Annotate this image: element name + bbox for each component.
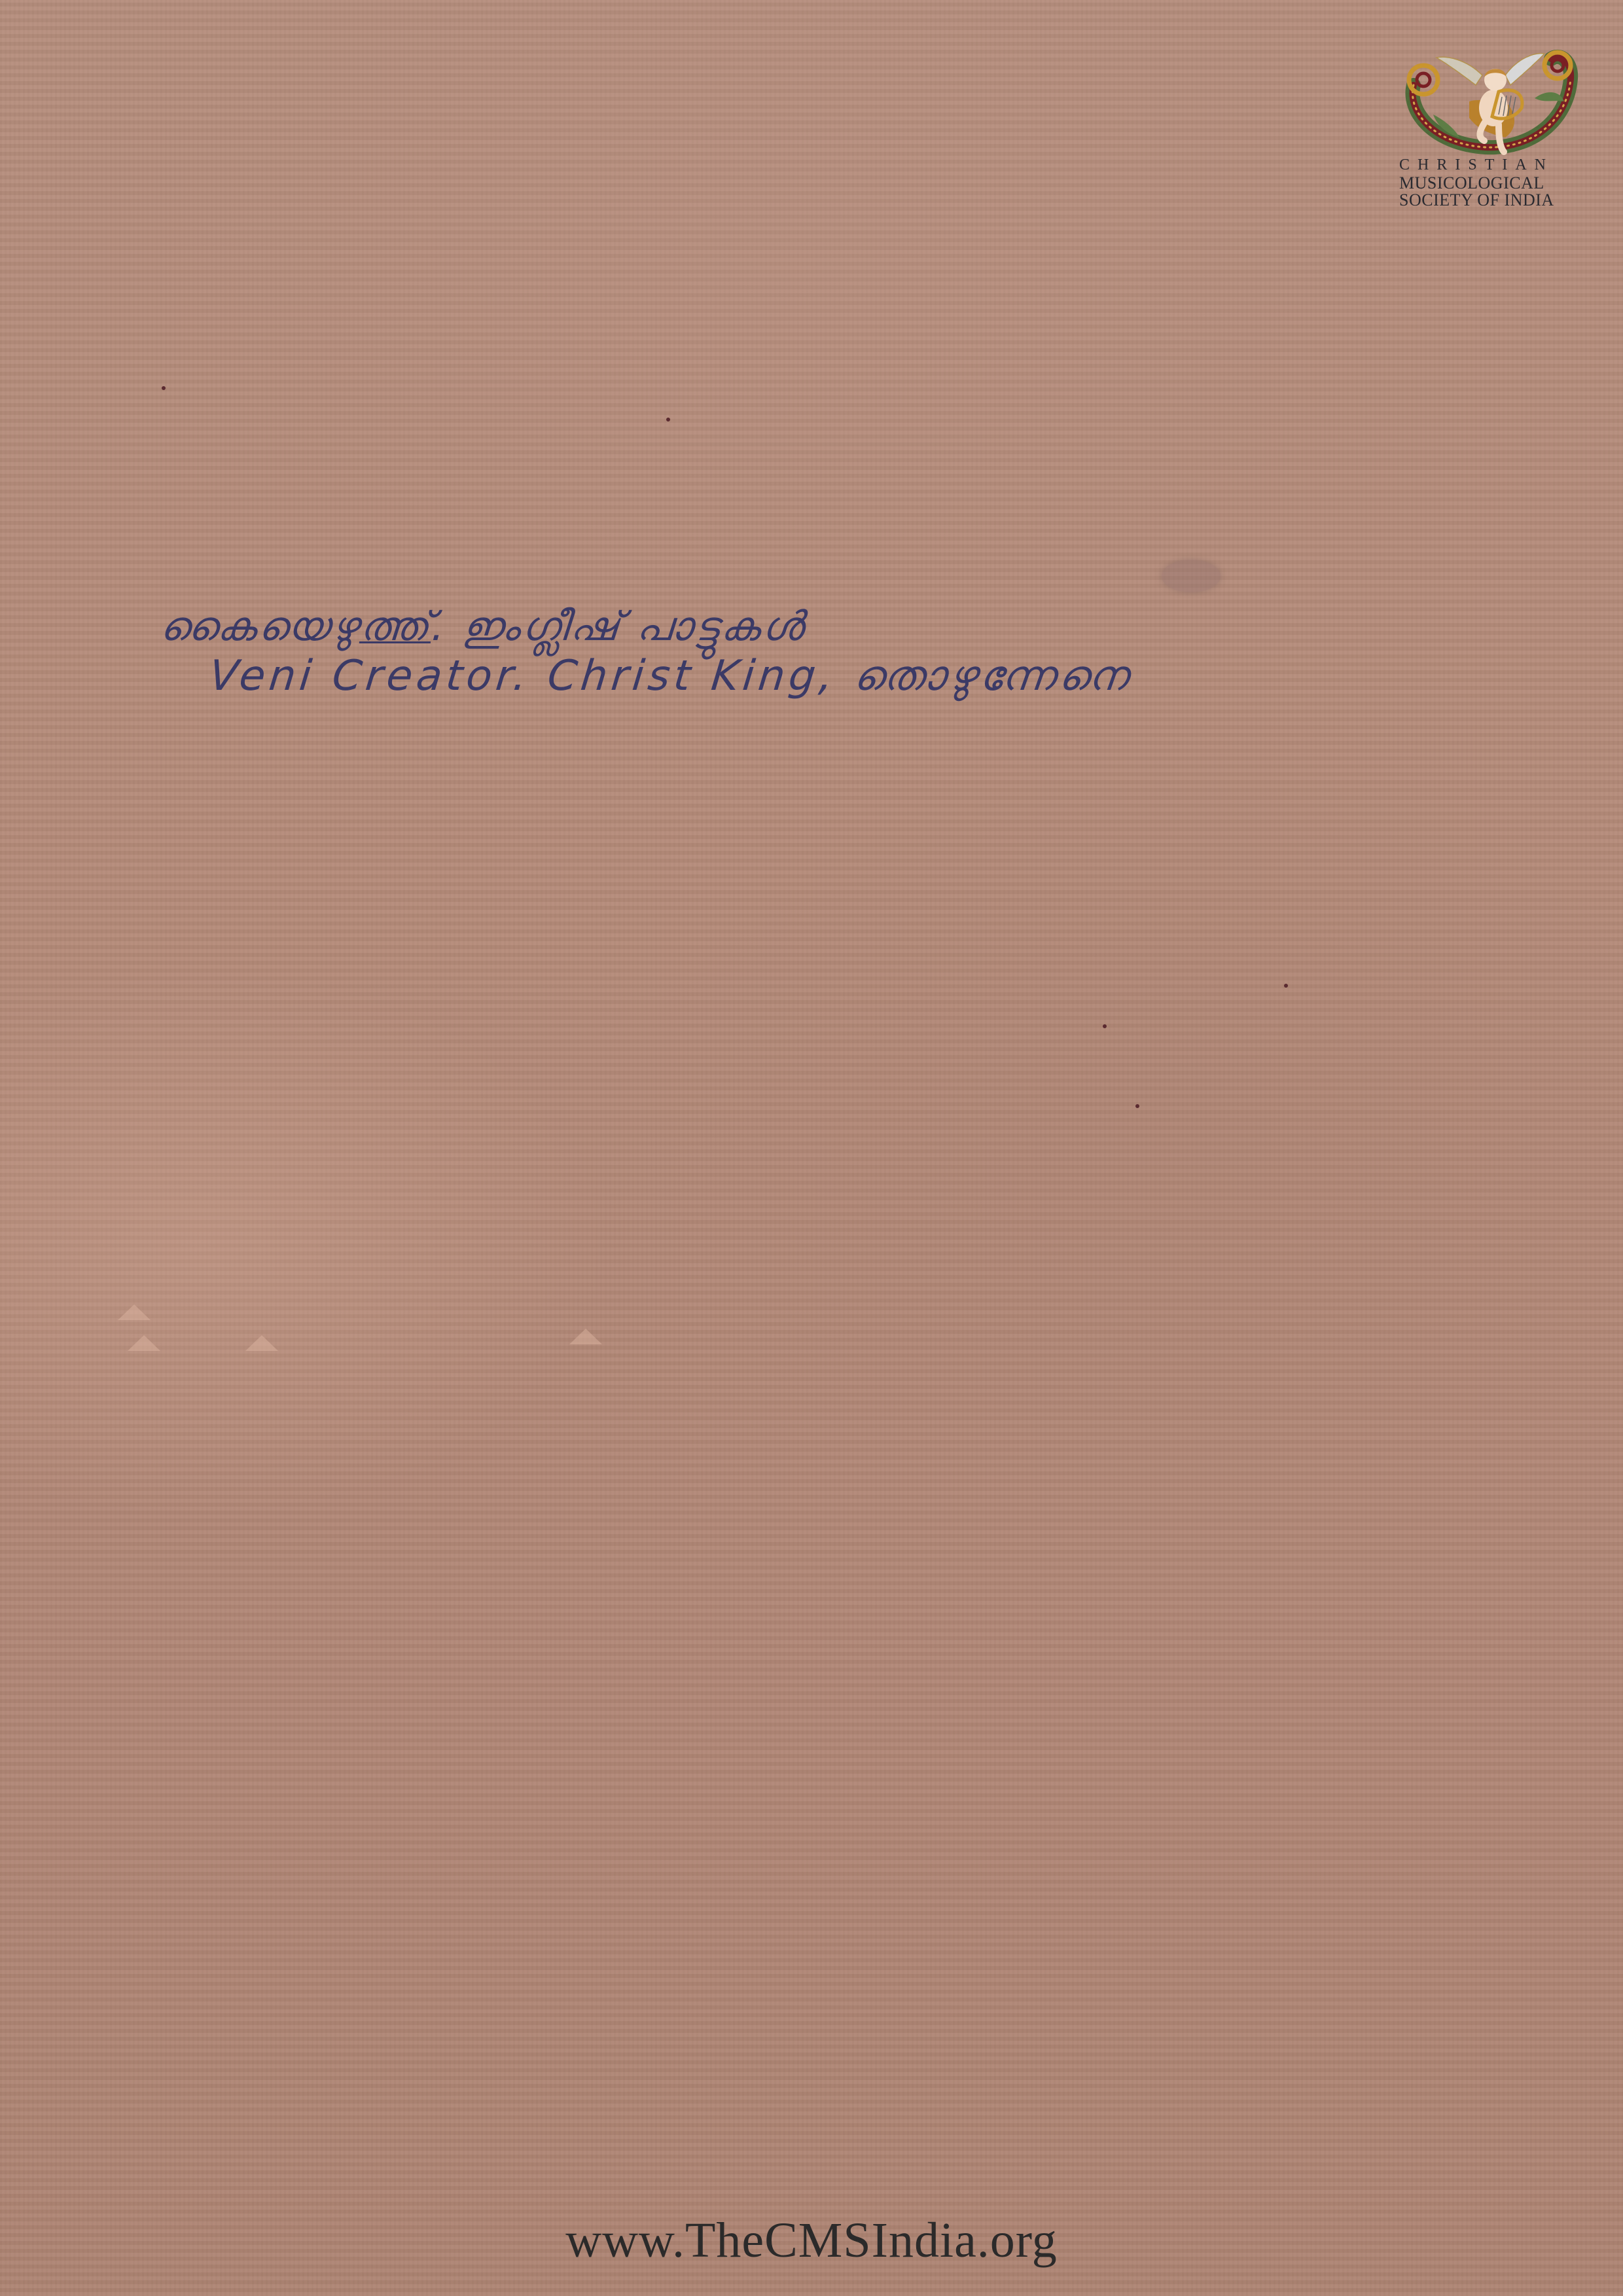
paper-crease-mark bbox=[569, 1329, 602, 1344]
paper-crease-mark bbox=[245, 1335, 278, 1351]
paper-speck bbox=[1135, 1104, 1139, 1108]
footer-website: www.TheCMSIndia.org bbox=[0, 2212, 1623, 2269]
logo-text-christian: CHRISTIAN bbox=[1399, 157, 1584, 173]
handwritten-line-1-underlined: ത്ത് bbox=[359, 602, 433, 650]
water-stain bbox=[1162, 560, 1221, 592]
handwritten-line-2: Veni Creator. Christ King, തൊഴുന്നേനെ bbox=[207, 652, 1505, 700]
angel-harp-emblem-icon bbox=[1394, 39, 1584, 157]
paper-crease-mark bbox=[118, 1304, 151, 1320]
paper-speck bbox=[1103, 1024, 1107, 1028]
logo-text-society-of-india: SOCIETY OF INDIA bbox=[1399, 192, 1584, 209]
cms-india-logo: CHRISTIAN MUSICOLOGICAL SOCIETY OF INDIA bbox=[1394, 39, 1584, 209]
logo-wordmark: CHRISTIAN MUSICOLOGICAL SOCIETY OF INDIA bbox=[1399, 157, 1584, 209]
handwritten-note: കൈയെഴുത്ത്. ഇംഗ്ലീഷ് പാട്ടുകൾ Veni Creat… bbox=[160, 602, 1502, 700]
paper-speck bbox=[162, 386, 166, 390]
paper-speck bbox=[1284, 984, 1288, 988]
logo-text-musicological: MUSICOLOGICAL bbox=[1399, 175, 1584, 192]
scanned-page: CHRISTIAN MUSICOLOGICAL SOCIETY OF INDIA… bbox=[0, 0, 1623, 2296]
handwritten-line-1-prefix: കൈയെഴു bbox=[158, 602, 362, 650]
handwritten-line-1: കൈയെഴുത്ത്. ഇംഗ്ലീഷ് പാട്ടുകൾ bbox=[158, 602, 1503, 651]
paper-crease-mark bbox=[128, 1335, 160, 1351]
handwritten-line-1-suffix: . ഇംഗ്ലീഷ് പാട്ടുകൾ bbox=[430, 602, 808, 650]
paper-speck bbox=[666, 418, 670, 422]
